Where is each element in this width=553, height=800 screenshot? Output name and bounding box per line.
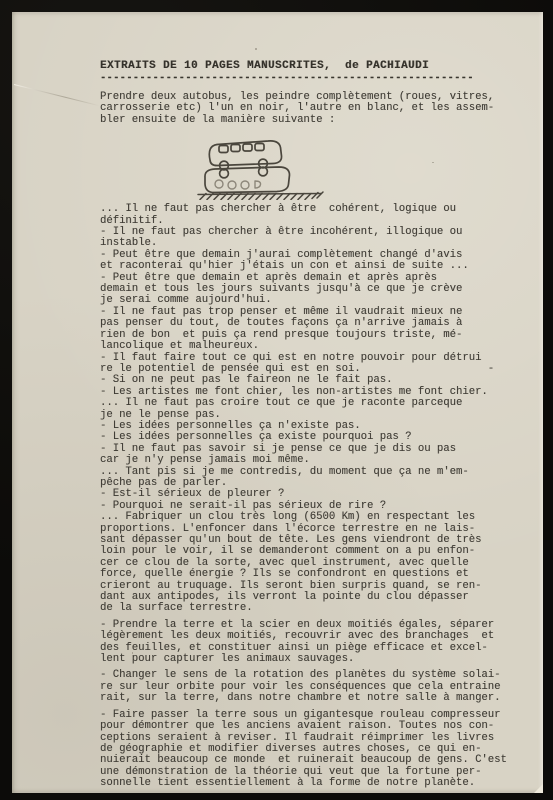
- top-bus-window-icon: [255, 144, 264, 151]
- bottom-bus-window-icon: [241, 181, 249, 189]
- top-bus-window-icon: [231, 145, 240, 152]
- section-earth-trap: - Prendre la terre et la scier en deux m…: [100, 620, 519, 666]
- scratch-mark: [14, 84, 100, 106]
- paper-speck: [255, 48, 257, 50]
- bus-sketch-svg: [197, 136, 329, 200]
- section-aphorisms: ... Il ne faut pas chercher à être cohér…: [100, 204, 519, 615]
- bottom-bus-window-icon: [215, 180, 223, 188]
- bottom-bus-window-icon: [228, 181, 236, 189]
- page-title: EXTRAITS DE 10 PAGES MANUSCRITES, de PAC…: [100, 60, 519, 72]
- document-page: EXTRAITS DE 10 PAGES MANUSCRITES, de PAC…: [12, 12, 543, 793]
- top-bus-window-icon: [243, 144, 252, 151]
- bottom-bus-window-icon: [255, 181, 261, 188]
- bottom-bus-windows: [215, 180, 261, 189]
- title-underline: ----------------------------------------…: [100, 73, 519, 84]
- top-bus-window-icon: [219, 146, 228, 153]
- section-steamroller: - Faire passer la terre sous un gigantes…: [100, 710, 519, 790]
- section-planet-rotation: - Changer le sens de la rotation des pla…: [100, 670, 519, 704]
- paper-speck: [132, 652, 133, 654]
- intro-paragraph: Prendre deux autobus, les peindre complè…: [100, 92, 519, 126]
- document-body: ... Il ne faut pas chercher à être cohér…: [100, 204, 519, 789]
- page-corner-fold: [534, 784, 543, 793]
- photo-background: EXTRAITS DE 10 PAGES MANUSCRITES, de PAC…: [0, 0, 553, 800]
- paper-speck: [432, 162, 434, 163]
- bus-sketch: [197, 136, 329, 200]
